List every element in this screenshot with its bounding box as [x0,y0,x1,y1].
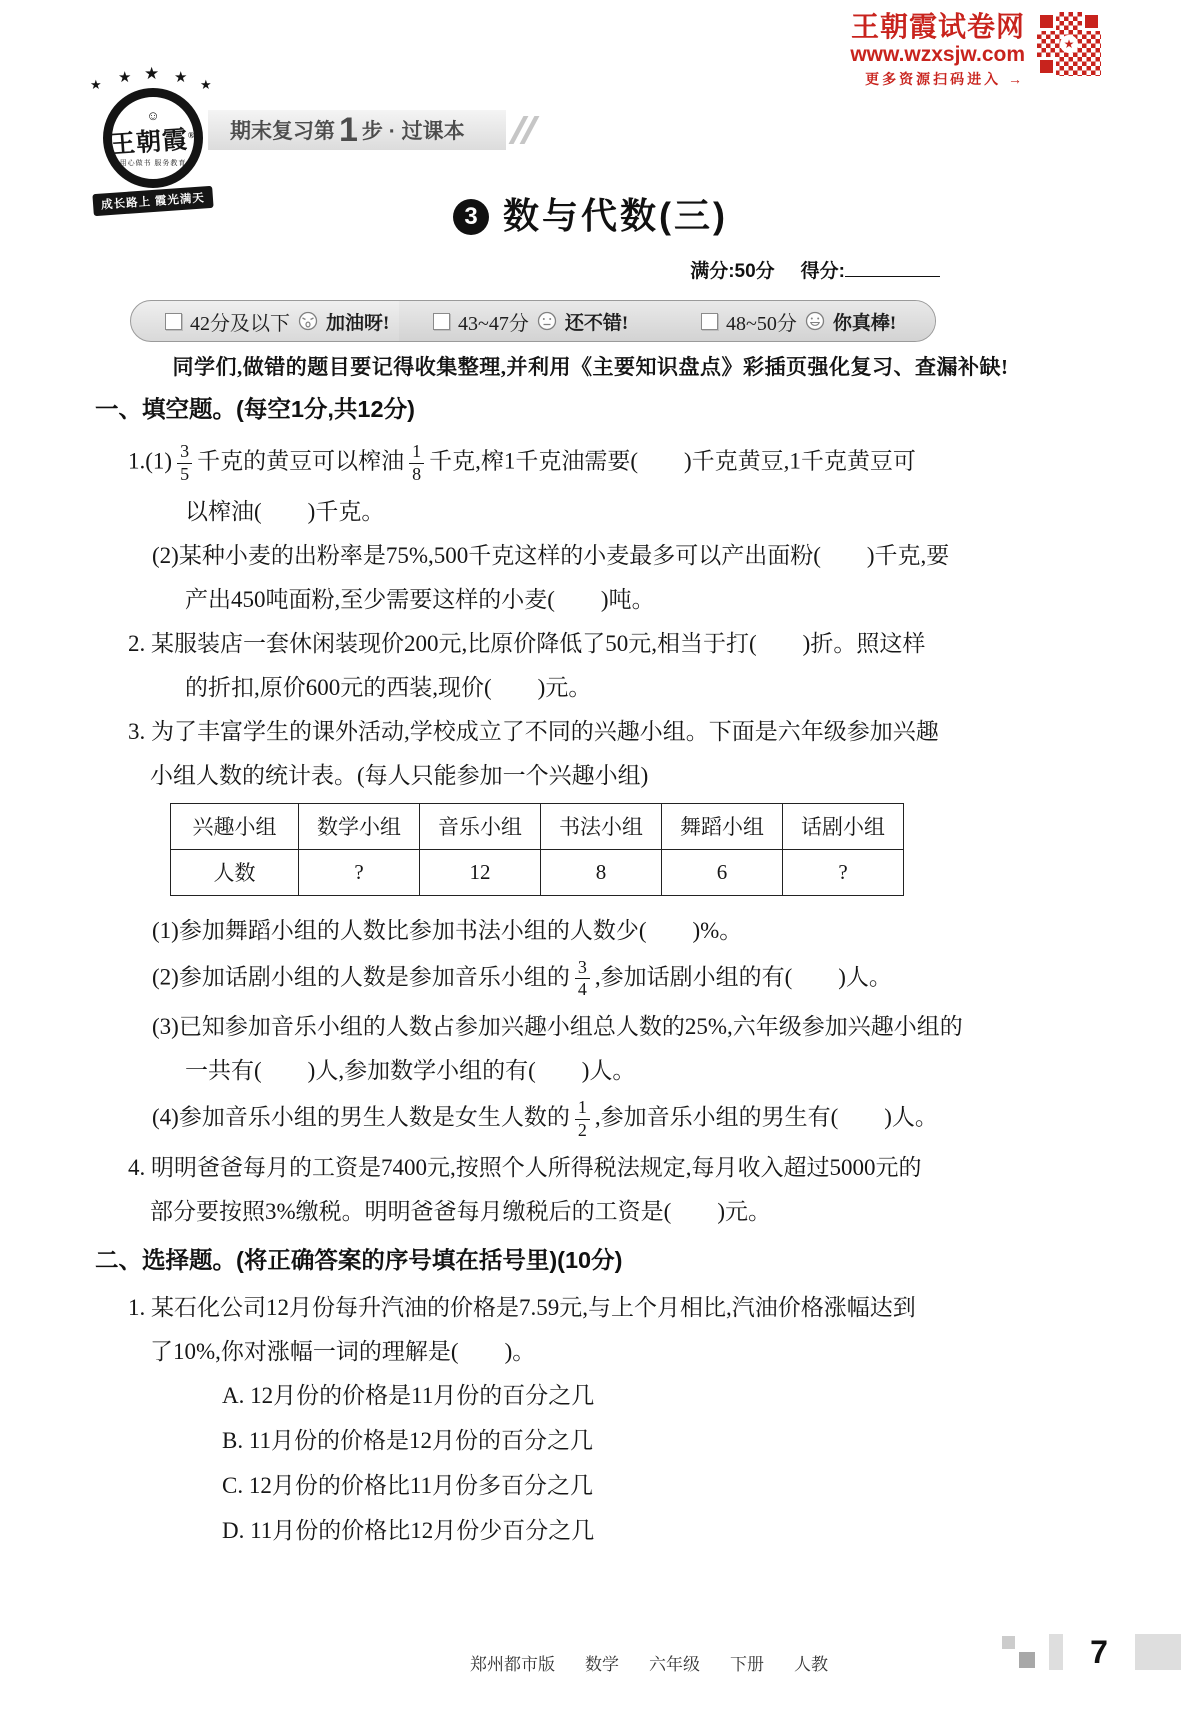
table-data-cell: 12 [420,849,541,895]
score-segment-low: 42分及以下 加油呀! [131,301,399,341]
page-number: 7 [1063,1630,1135,1674]
site-name: 王朝霞试卷网 [850,12,1025,43]
qr-finder-icon [1037,57,1056,76]
star-icon: ★ [174,68,187,87]
s2-q1-line2: 了10%,你对涨幅一词的理解是( )。 [150,1335,1087,1369]
score-comment: 还不错! [565,308,628,335]
interest-groups-table: 兴趣小组 数学小组 音乐小组 书法小组 舞蹈小组 话剧小组 人数 ? 12 8 … [170,803,904,896]
q3-line1: 3. 为了丰富学生的课外活动,学校成立了不同的兴趣小组。下面是六年级参加兴趣 [128,715,1087,749]
q4-line1: 4. 明明爸爸每月的工资是7400元,按照个人所得税法规定,每月收入超过5000… [128,1151,1087,1185]
score-checkbox[interactable] [165,313,182,330]
step-banner-prefix: 期末复习第 [230,115,335,145]
s2-q1-line1: 1. 某石化公司12月份每升汽油的价格是7.59元,与上个月相比,汽油价格涨幅达… [128,1291,1087,1325]
table-header-cell: 兴趣小组 [171,803,299,849]
logo-brand-name: 王朝霞® [109,119,197,161]
q1-sub1-line1: 1.(1)35千克的黄豆可以榨油18千克,榨1千克油需要( )千克黄豆,1千克黄… [128,442,1087,485]
score-checkbox[interactable] [701,313,718,330]
q1-sub2-line2: 产出450吨面粉,至少需要这样的小麦( )吨。 [185,583,1087,617]
table-header-cell: 书法小组 [541,803,662,849]
registered-mark: ® [188,129,196,140]
score-comment: 加油呀! [326,308,389,335]
site-url: www.wzxsjw.com [850,43,1025,67]
soso-face-icon [537,311,557,331]
table-header-row: 兴趣小组 数学小组 音乐小组 书法小组 舞蹈小组 话剧小组 [171,803,904,849]
score-comment: 你真棒! [833,308,896,335]
notice-text: 同学们,做错的题目要记得收集整理,并利用《主要知识盘点》彩插页强化复习、查漏补缺… [0,351,1181,381]
table-data-cell: 6 [662,849,783,895]
score-header: 满分:50分 得分: [690,256,940,283]
star-icon: ★ [118,68,131,87]
qr-finder-icon [1037,12,1056,31]
qr-caption: 更多资源扫码进入 → [850,69,1025,89]
footer-subject: 数学 [585,1650,619,1675]
table-data-cell: 人数 [171,849,299,895]
star-icon: ★ [90,77,102,93]
qr-finder-icon [1082,12,1101,31]
score-range-label: 48~50分 [726,307,797,336]
section2-heading: 二、选择题。(将正确答案的序号填在括号里)(10分) [95,1243,1087,1277]
table-header-cell: 话剧小组 [783,803,904,849]
footer-info: 郑州都市版 数学 六年级 下册 人教 [470,1650,828,1675]
great-face-icon [805,311,825,331]
logo-brand-name-text: 王朝霞 [109,126,189,158]
score-checkbox[interactable] [433,313,450,330]
table-header-cell: 数学小组 [299,803,420,849]
q3-sub3-line2: 一共有( )人,参加数学小组的有( )人。 [185,1054,1087,1088]
ribbon-slash-decoration [516,116,532,144]
step-number: 1 [339,113,358,147]
score-segment-mid: 43~47分 还不错! [399,301,667,341]
qr-center-emblem-icon: ★ [1060,35,1078,53]
q3-sub1: (1)参加舞蹈小组的人数比参加书法小组的人数少( )%。 [152,914,1087,948]
q3-line2: 小组人数的统计表。(每人只能参加一个兴趣小组) [150,759,1087,793]
score-label-group: 得分: [801,256,940,283]
footer-publisher: 人教 [794,1650,828,1675]
step-banner: 期末复习第 1 步 · 过课本 [208,110,506,150]
star-icon: ★ [144,64,159,84]
title-number-badge: 3 [453,199,489,235]
score-range-label: 43~47分 [458,307,529,336]
q1-sub2-line1: (2)某种小麦的出粉率是75%,500千克这样的小麦最多可以产出面粉( )千克,… [152,539,1087,573]
q3-sub2: (2)参加话剧小组的人数是参加音乐小组的34,参加话剧小组的有( )人。 [152,958,1087,1001]
option-d: D. 11月份的价格比12月份少百分之几 [222,1514,1087,1548]
full-score-label: 满分:50分 [690,256,774,283]
table-data-cell: ? [299,849,420,895]
portrait-icon: ☺ [146,109,159,122]
footer-deco-square [1002,1636,1015,1649]
footer-volume: 下册 [730,1650,764,1675]
table-data-cell: ? [783,849,904,895]
score-segment-high: 48~50分 你真棒! [667,301,935,341]
table-header-cell: 音乐小组 [420,803,541,849]
option-c: C. 12月份的价格比11月份多百分之几 [222,1469,1087,1503]
logo-badge-circle: ☺ 王朝霞® 用心做书 服务教育 [103,88,203,188]
table-data-row: 人数 ? 12 8 6 ? [171,849,904,895]
footer-grade: 六年级 [649,1650,700,1675]
option-b: B. 11月份的价格是12月份的百分之几 [222,1424,1087,1458]
struggle-face-icon [298,311,318,331]
q2-line1: 2. 某服装店一套休闲装现价200元,比原价降低了50元,相当于打( )折。照这… [128,627,1087,661]
score-band: 42分及以下 加油呀! 43~47分 还不错! 48~50分 你真棒! [130,300,936,342]
page-title-text: 数与代数(三) [503,195,728,236]
star-icon: ★ [200,77,212,93]
q3-sub3-line1: (3)已知参加音乐小组的人数占参加兴趣小组总人数的25%,六年级参加兴趣小组的 [152,1010,1087,1044]
q1-sub1-line2: 以榨油( )千克。 [185,495,1087,529]
exam-paper-page: 王朝霞试卷网 www.wzxsjw.com 更多资源扫码进入 → ★ ★ ★ ★… [0,0,1181,1730]
qr-code-icon: ★ [1037,12,1101,76]
option-a: A. 12月份的价格是11月份的百分之几 [222,1379,1087,1413]
score-range-label: 42分及以下 [190,307,290,336]
footer-deco-square [1019,1652,1035,1668]
section1-heading: 一、填空题。(每空1分,共12分) [95,392,1087,426]
footer-edition: 郑州都市版 [470,1650,555,1675]
brand-text-block: 王朝霞试卷网 www.wzxsjw.com 更多资源扫码进入 → [850,12,1025,89]
q2-line2: 的折扣,原价600元的西装,现价( )元。 [185,671,1087,705]
site-branding: 王朝霞试卷网 www.wzxsjw.com 更多资源扫码进入 → ★ [850,12,1101,89]
q3-sub4: (4)参加音乐小组的男生人数是女生人数的12,参加音乐小组的男生有( )人。 [152,1098,1087,1141]
score-blank-line [845,256,940,277]
table-data-cell: 8 [541,849,662,895]
page-title: 3数与代数(三) [0,188,1181,239]
exam-content: 一、填空题。(每空1分,共12分) 1.(1)35千克的黄豆可以榨油18千克,榨… [95,392,1087,1559]
score-label: 得分: [801,261,845,282]
step-banner-suffix: 步 · 过课本 [362,115,465,145]
q4-line2: 部分要按照3%缴税。明明爸爸每月缴税后的工资是( )元。 [150,1195,1087,1229]
logo-star-ring: ★ ★ ★ ★ ★ [82,64,224,88]
table-header-cell: 舞蹈小组 [662,803,783,849]
